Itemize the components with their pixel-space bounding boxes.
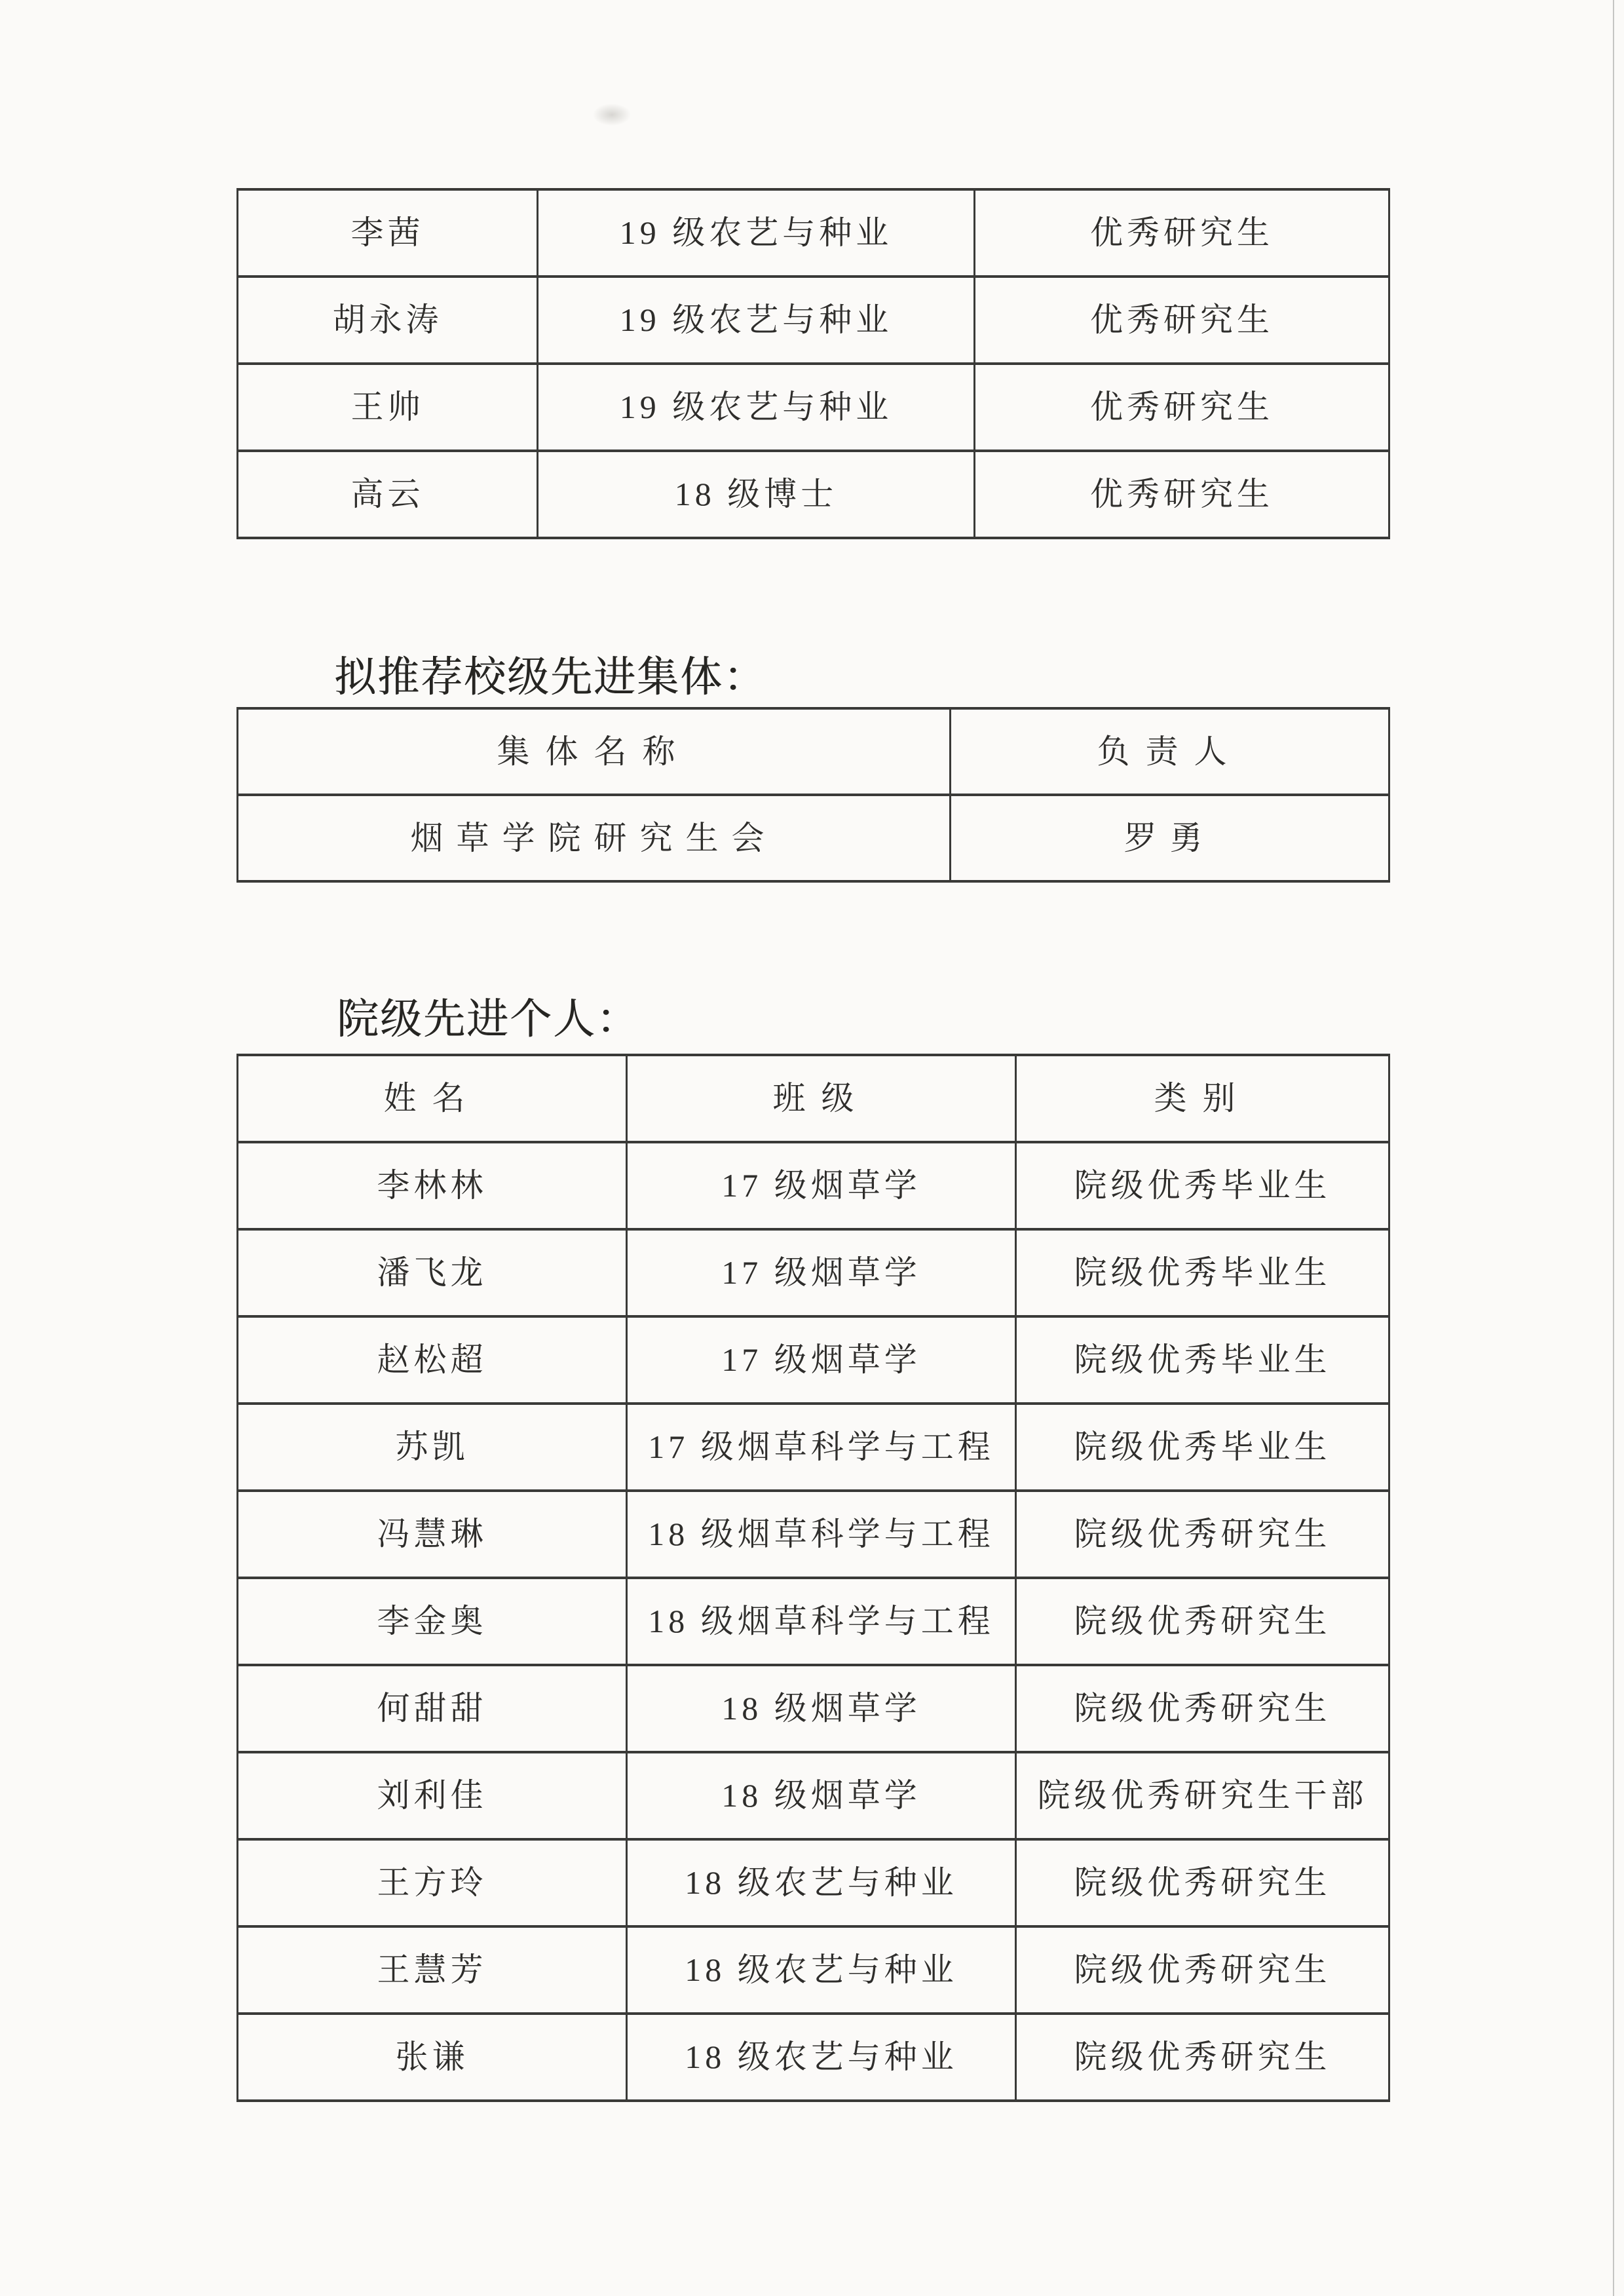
- table-row: 李金奥 18 级烟草科学与工程 院级优秀研究生: [238, 1578, 1389, 1665]
- table-row: 烟草学院研究生会 罗勇: [238, 795, 1389, 881]
- column-header-leader: 负责人: [951, 708, 1389, 795]
- cell-class: 19 级农艺与种业: [538, 277, 975, 364]
- table-row: 冯慧琳 18 级烟草科学与工程 院级优秀研究生: [238, 1491, 1389, 1578]
- scan-edge-line: [1613, 0, 1614, 2296]
- cell-class: 18 级烟草科学与工程: [627, 1578, 1016, 1665]
- cell-name: 高云: [238, 451, 538, 538]
- table-header-row: 集体名称 负责人: [238, 708, 1389, 795]
- table-row: 李林林 17 级烟草学 院级优秀毕业生: [238, 1142, 1389, 1229]
- column-header-class: 班级: [627, 1055, 1016, 1142]
- cell-name: 王帅: [238, 364, 538, 451]
- cell-class: 17 级烟草学: [627, 1142, 1016, 1229]
- cell-name: 苏凯: [238, 1404, 627, 1491]
- cell-name: 赵松超: [238, 1316, 627, 1404]
- table-row: 胡永涛 19 级农艺与种业 优秀研究生: [238, 277, 1389, 364]
- cell-award: 优秀研究生: [975, 364, 1389, 451]
- cell-class: 17 级烟草学: [627, 1316, 1016, 1404]
- cell-category: 院级优秀毕业生: [1016, 1229, 1389, 1316]
- cell-name: 胡永涛: [238, 277, 538, 364]
- cell-class: 18 级烟草科学与工程: [627, 1491, 1016, 1578]
- table-row: 赵松超 17 级烟草学 院级优秀毕业生: [238, 1316, 1389, 1404]
- cell-category: 院级优秀研究生: [1016, 1578, 1389, 1665]
- table-row: 王帅 19 级农艺与种业 优秀研究生: [238, 364, 1389, 451]
- table-row: 王方玲 18 级农艺与种业 院级优秀研究生: [238, 1839, 1389, 1926]
- column-header-name: 姓名: [238, 1055, 627, 1142]
- cell-class: 18 级博士: [538, 451, 975, 538]
- cell-category: 院级优秀毕业生: [1016, 1142, 1389, 1229]
- cell-class: 17 级烟草科学与工程: [627, 1404, 1016, 1491]
- cell-class: 18 级农艺与种业: [627, 1926, 1016, 2014]
- cell-leader: 罗勇: [951, 795, 1389, 881]
- cell-name: 李林林: [238, 1142, 627, 1229]
- cell-name: 冯慧琳: [238, 1491, 627, 1578]
- table-row: 高云 18 级博士 优秀研究生: [238, 451, 1389, 538]
- cell-name: 潘飞龙: [238, 1229, 627, 1316]
- table-row: 苏凯 17 级烟草科学与工程 院级优秀毕业生: [238, 1404, 1389, 1491]
- graduate-awards-table-continued: 李茜 19 级农艺与种业 优秀研究生 胡永涛 19 级农艺与种业 优秀研究生 王…: [236, 188, 1390, 539]
- section-heading-college-individuals: 院级先进个人：: [337, 985, 639, 1046]
- scanned-document-page: 李茜 19 级农艺与种业 优秀研究生 胡永涛 19 级农艺与种业 优秀研究生 王…: [0, 0, 1624, 2296]
- cell-class: 18 级农艺与种业: [627, 2014, 1016, 2101]
- table-header-row: 姓名 班级 类别: [238, 1055, 1389, 1142]
- scan-smudge-artifact: [593, 104, 631, 126]
- section-heading-school-collectives: 拟推荐校级先进集体：: [334, 643, 766, 704]
- cell-class: 17 级烟草学: [627, 1229, 1016, 1316]
- cell-class: 19 级农艺与种业: [538, 364, 975, 451]
- cell-name: 何甜甜: [238, 1665, 627, 1752]
- cell-category: 院级优秀研究生: [1016, 1665, 1389, 1752]
- cell-class: 19 级农艺与种业: [538, 189, 975, 277]
- cell-award: 优秀研究生: [975, 277, 1389, 364]
- cell-award: 优秀研究生: [975, 451, 1389, 538]
- cell-category: 院级优秀研究生: [1016, 1926, 1389, 2014]
- cell-class: 18 级烟草学: [627, 1752, 1016, 1839]
- table-row: 李茜 19 级农艺与种业 优秀研究生: [238, 189, 1389, 277]
- cell-name: 张谦: [238, 2014, 627, 2101]
- table-row: 王慧芳 18 级农艺与种业 院级优秀研究生: [238, 1926, 1389, 2014]
- cell-name: 王慧芳: [238, 1926, 627, 2014]
- cell-name: 刘利佳: [238, 1752, 627, 1839]
- table-row: 何甜甜 18 级烟草学 院级优秀研究生: [238, 1665, 1389, 1752]
- cell-category: 院级优秀研究生干部: [1016, 1752, 1389, 1839]
- cell-category: 院级优秀研究生: [1016, 1839, 1389, 1926]
- cell-class: 18 级农艺与种业: [627, 1839, 1016, 1926]
- cell-name: 李茜: [238, 189, 538, 277]
- cell-category: 院级优秀毕业生: [1016, 1316, 1389, 1404]
- cell-award: 优秀研究生: [975, 189, 1389, 277]
- cell-name: 王方玲: [238, 1839, 627, 1926]
- table-row: 刘利佳 18 级烟草学 院级优秀研究生干部: [238, 1752, 1389, 1839]
- table-row: 潘飞龙 17 级烟草学 院级优秀毕业生: [238, 1229, 1389, 1316]
- cell-category: 院级优秀研究生: [1016, 2014, 1389, 2101]
- column-header-collective-name: 集体名称: [238, 708, 951, 795]
- cell-collective-name: 烟草学院研究生会: [238, 795, 951, 881]
- column-header-category: 类别: [1016, 1055, 1389, 1142]
- college-individuals-table: 姓名 班级 类别 李林林 17 级烟草学 院级优秀毕业生 潘飞龙 17 级烟草学…: [236, 1054, 1390, 2102]
- school-collectives-table: 集体名称 负责人 烟草学院研究生会 罗勇: [236, 707, 1390, 883]
- cell-name: 李金奥: [238, 1578, 627, 1665]
- cell-category: 院级优秀毕业生: [1016, 1404, 1389, 1491]
- cell-category: 院级优秀研究生: [1016, 1491, 1389, 1578]
- table-row: 张谦 18 级农艺与种业 院级优秀研究生: [238, 2014, 1389, 2101]
- cell-class: 18 级烟草学: [627, 1665, 1016, 1752]
